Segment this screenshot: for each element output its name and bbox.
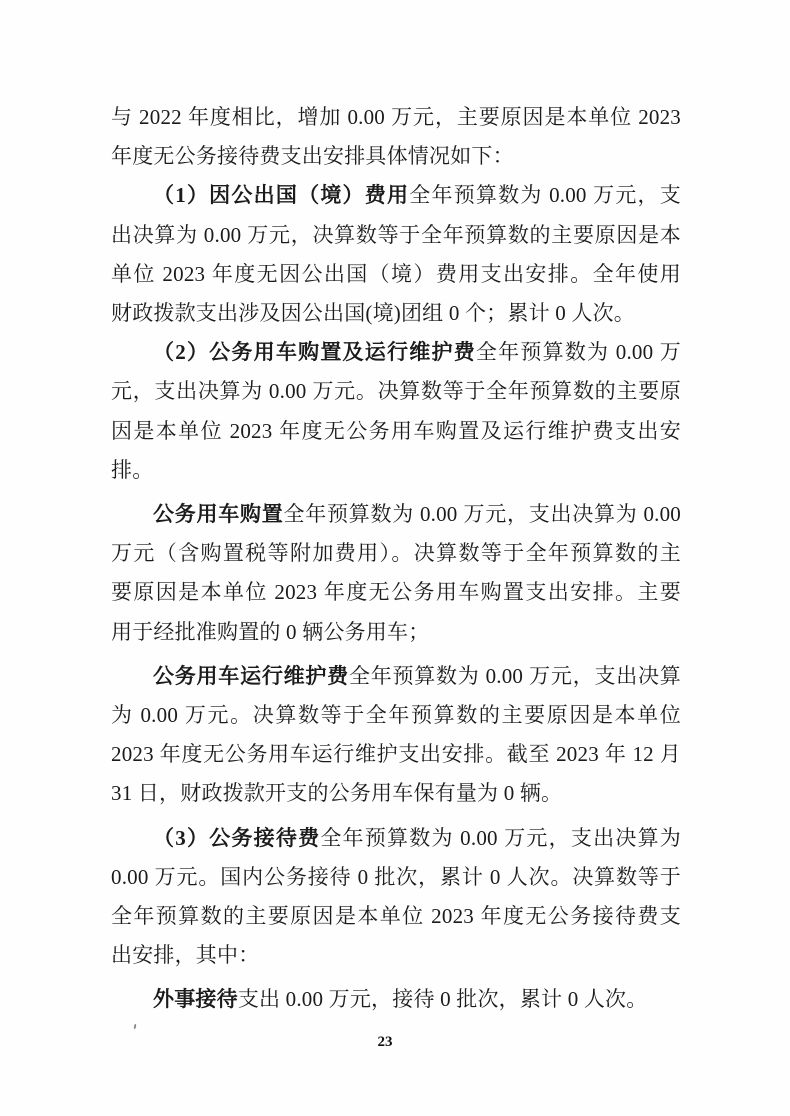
text-line: 公务用车购置全年预算数为 0.00 万元，支出决算为 0.00 [111,495,681,534]
text-segment: 全年预算数的主要原因是本单位 2023 年度无公务接待费支 [111,904,681,928]
text-line: （1）因公出国（境）费用全年预算数为 0.00 万元，支 [111,176,681,215]
text-segment: 与 2022 年度相比，增加 0.00 万元，主要原因是本单位 2023 [111,105,681,129]
text-line: 万元（含购置税等附加费用）。决算数等于全年预算数的主 [111,534,681,573]
text-segment-bold: （3）公务接待费 [153,826,320,850]
text-segment: 31 日，财政拨款开支的公务用车保有量为 0 辆。 [111,781,562,805]
text-line: 出决算为 0.00 万元，决算数等于全年预算数的主要原因是本 [111,216,681,255]
text-line: 0.00 万元。国内公务接待 0 批次，累计 0 人次。决算数等于 [111,858,681,897]
text-segment: 为 0.00 万元。决算数等于全年预算数的主要原因是本单位 [111,703,681,727]
text-line: （3）公务接待费全年预算数为 0.00 万元，支出决算为 [111,819,681,858]
text-line: 要原因是本单位 2023 年度无公务用车购置支出安排。主要 [111,573,681,612]
text-block: 与 2022 年度相比，增加 0.00 万元，主要原因是本单位 2023年度无公… [111,98,681,1020]
text-segment: 出安排，其中： [111,943,259,967]
text-segment-bold: （2）公务用车购置及运行维护费 [153,340,476,364]
text-line: 与 2022 年度相比，增加 0.00 万元，主要原因是本单位 2023 [111,98,681,137]
text-segment: 支出 0.00 万元，接待 0 批次，累计 0 人次。 [238,987,648,1011]
text-segment: 财政拨款支出涉及因公出国(境)团组 0 个；累计 0 人次。 [111,301,635,325]
text-segment: 0.00 万元。国内公务接待 0 批次，累计 0 人次。决算数等于 [111,865,681,889]
text-line: 外事接待支出 0.00 万元，接待 0 批次，累计 0 人次。 [111,980,681,1019]
page-number: 23 [0,1034,770,1051]
text-segment: 用于经批准购置的 0 辆公务用车； [111,620,429,644]
scan-artifact-mark [134,1024,137,1029]
text-line: 年度无公务接待费支出安排具体情况如下： [111,137,681,176]
text-line: 2023 年度无公务用车运行维护支出安排。截至 2023 年 12 月 [111,735,681,774]
text-segment: 2023 年度无公务用车运行维护支出安排。截至 2023 年 12 月 [111,742,681,766]
text-segment: 全年预算数为 0.00 万元，支出决算 [349,664,681,688]
text-segment: 万元（含购置税等附加费用）。决算数等于全年预算数的主 [111,541,681,565]
text-segment: 全年预算数为 0.00 万 [476,340,681,364]
text-segment: 单位 2023 年度无因公出国（境）费用支出安排。全年使用 [111,262,681,286]
text-segment: 因是本单位 2023 年度无公务用车购置及运行维护费支出安 [111,419,681,443]
text-line: 为 0.00 万元。决算数等于全年预算数的主要原因是本单位 [111,696,681,735]
text-line: 因是本单位 2023 年度无公务用车购置及运行维护费支出安 [111,412,681,451]
text-line: 元，支出决算为 0.00 万元。决算数等于全年预算数的主要原 [111,372,681,411]
text-segment: 元，支出决算为 0.00 万元。决算数等于全年预算数的主要原 [111,379,681,403]
text-segment-bold: 外事接待 [153,987,238,1011]
text-segment: 要原因是本单位 2023 年度无公务用车购置支出安排。主要 [111,580,681,604]
text-line: （2）公务用车购置及运行维护费全年预算数为 0.00 万 [111,333,681,372]
text-line: 财政拨款支出涉及因公出国(境)团组 0 个；累计 0 人次。 [111,294,681,333]
text-line: 公务用车运行维护费全年预算数为 0.00 万元，支出决算 [111,657,681,696]
text-segment: 全年预算数为 0.00 万元，支 [409,183,681,207]
text-segment-bold: （1）因公出国（境）费用 [153,183,409,207]
text-segment: 全年预算数为 0.00 万元，支出决算为 0.00 [283,502,681,526]
text-segment-bold: 公务用车购置 [153,502,283,526]
text-segment: 排。 [111,458,153,482]
text-segment: 出决算为 0.00 万元，决算数等于全年预算数的主要原因是本 [111,223,681,247]
text-line: 单位 2023 年度无因公出国（境）费用支出安排。全年使用 [111,255,681,294]
text-line: 全年预算数的主要原因是本单位 2023 年度无公务接待费支 [111,897,681,936]
text-line: 排。 [111,451,681,490]
text-line: 31 日，财政拨款开支的公务用车保有量为 0 辆。 [111,774,681,813]
text-line: 用于经批准购置的 0 辆公务用车； [111,613,681,652]
text-line: 出安排，其中： [111,936,681,975]
document-page: 与 2022 年度相比，增加 0.00 万元，主要原因是本单位 2023年度无公… [0,0,790,1116]
text-segment-bold: 公务用车运行维护费 [153,664,349,688]
text-segment: 年度无公务接待费支出安排具体情况如下： [111,144,514,168]
text-segment: 全年预算数为 0.00 万元，支出决算为 [320,826,681,850]
